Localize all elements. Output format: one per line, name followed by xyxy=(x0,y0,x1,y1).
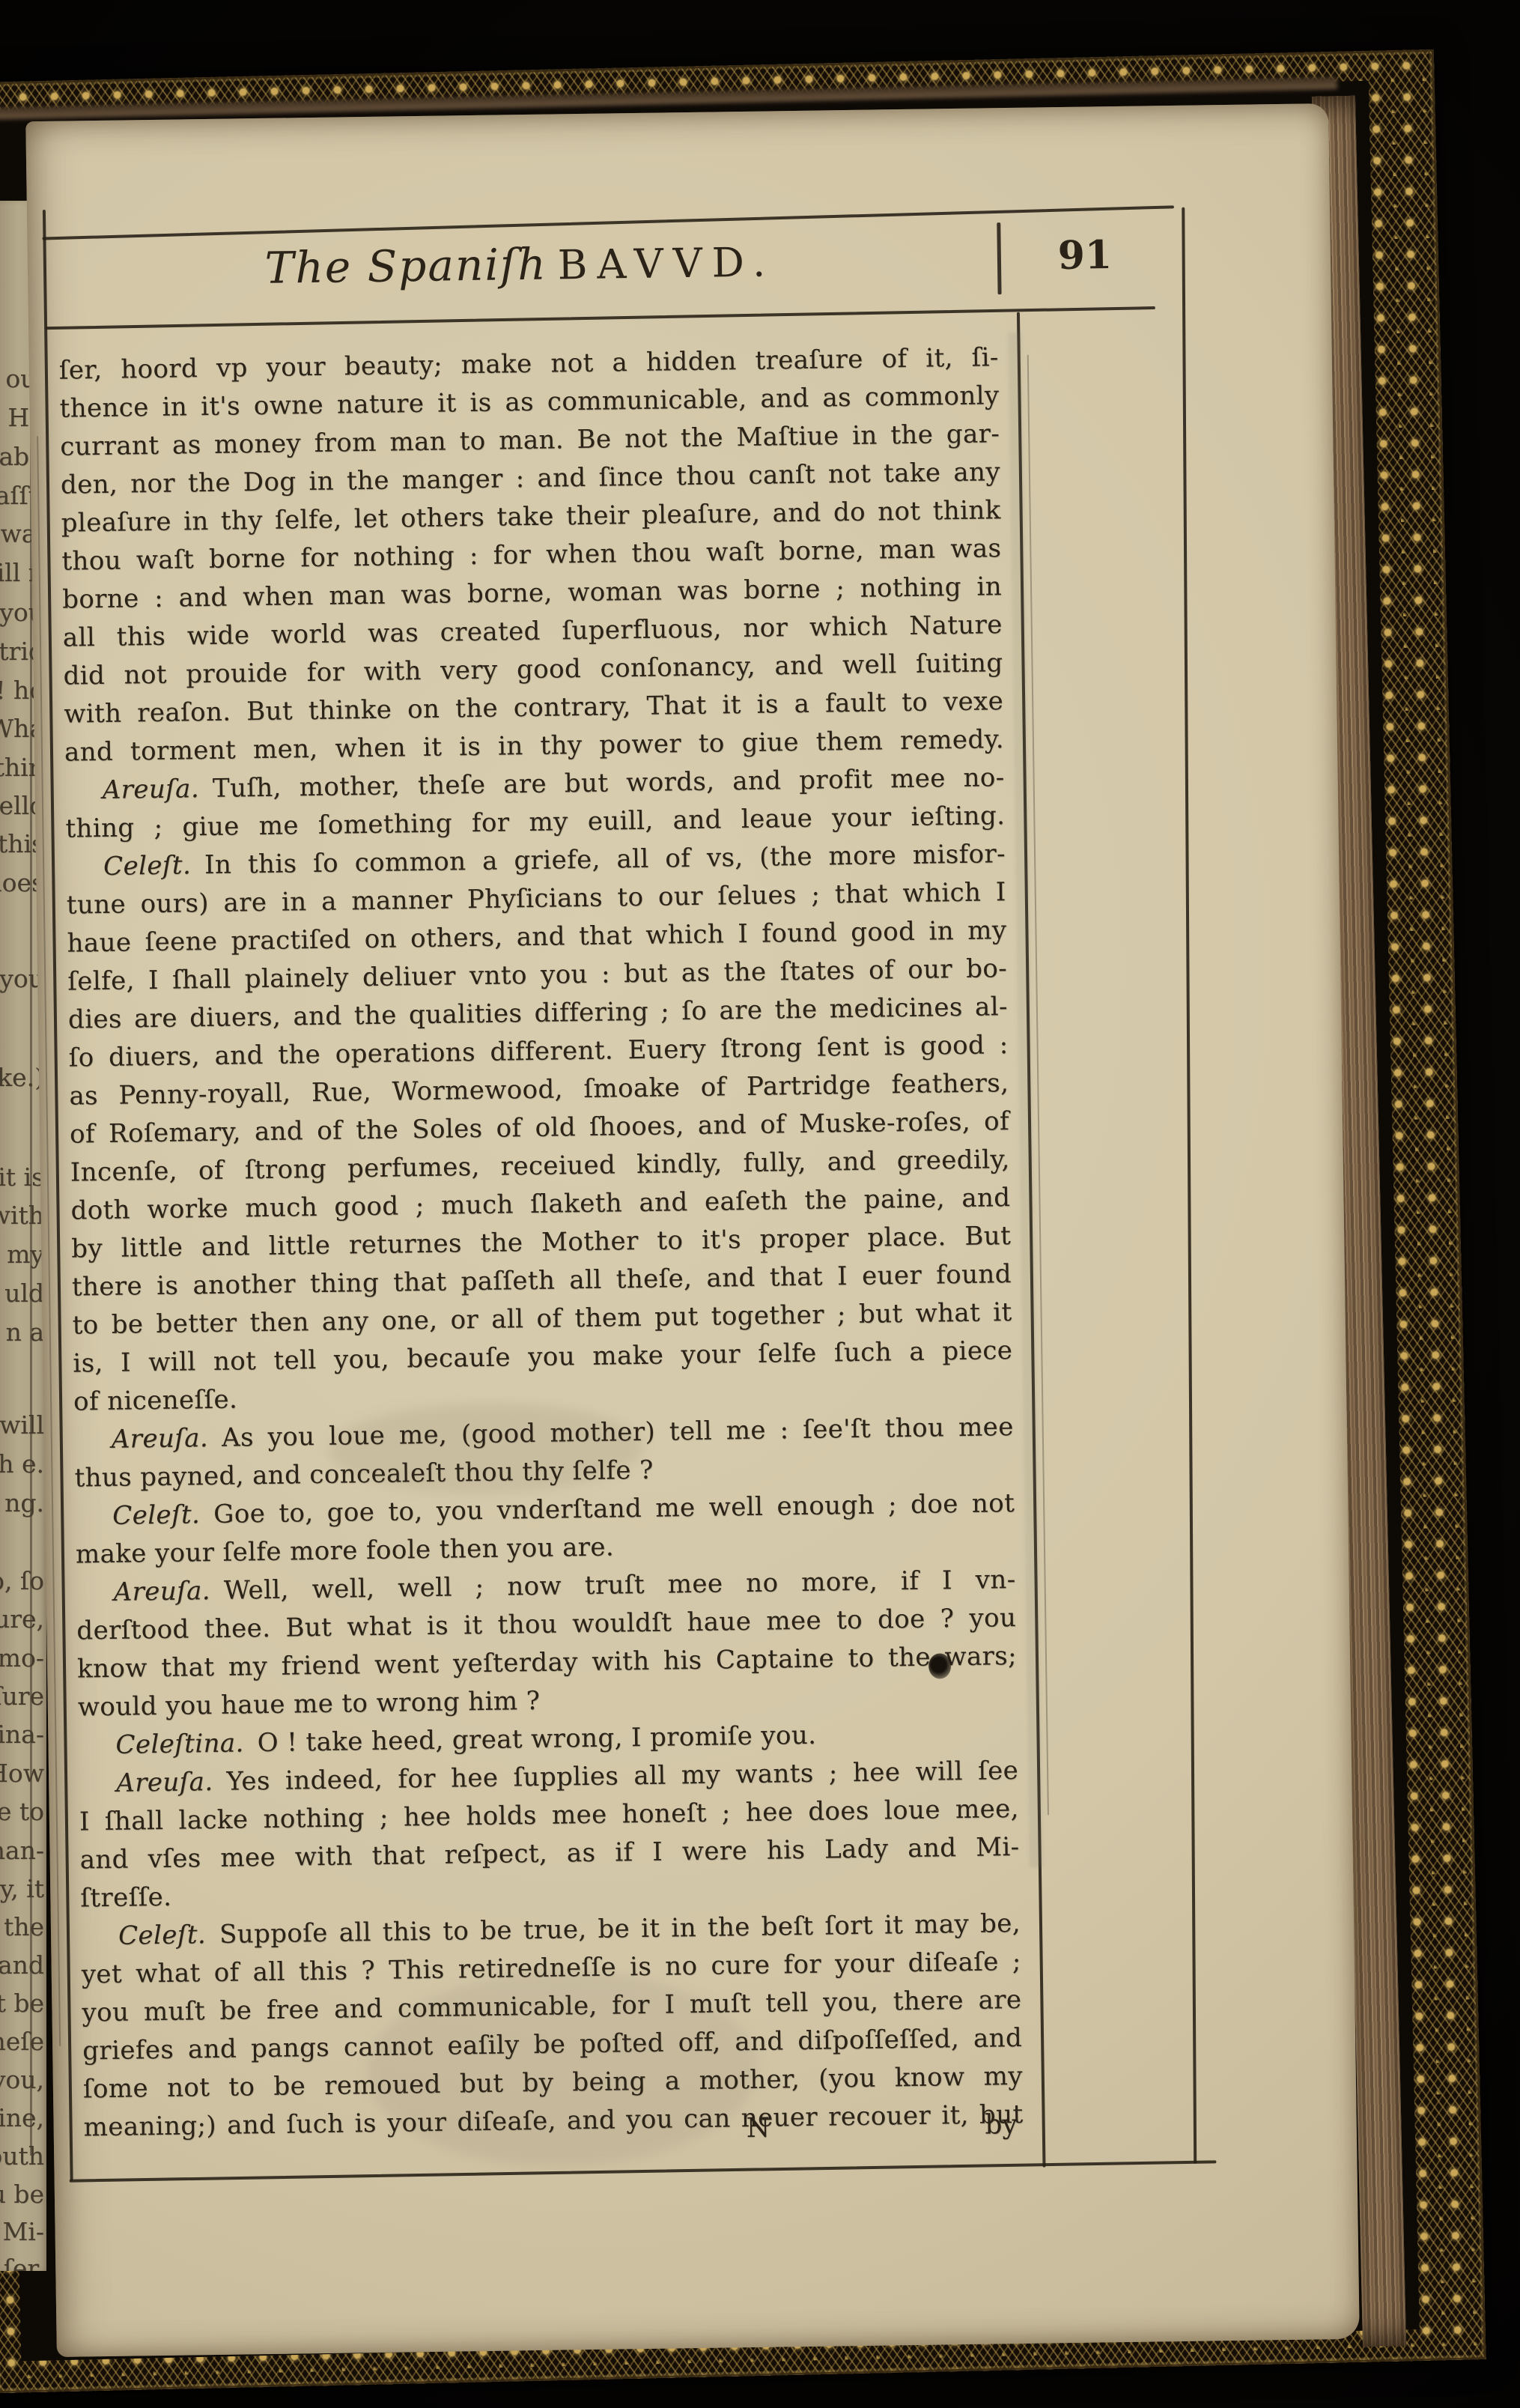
speaker-name: Celeſt. xyxy=(118,1920,220,1951)
adjacent-page-text-fragment: lare to xyxy=(0,1798,44,1826)
photo-backdrop: oulHoaboaſſulwaiill nyoutrid! hoWhathinv… xyxy=(0,0,1520,2408)
adjacent-page-text-fragment: How xyxy=(0,1759,44,1788)
adjacent-page-text-fragment: my xyxy=(7,1240,44,1269)
adjacent-page-text-fragment: oman- xyxy=(0,1837,44,1865)
running-title-italic: The Spaniſh xyxy=(264,239,547,294)
adjacent-page-text-fragment: ng. xyxy=(4,1489,44,1517)
adjacent-page-text-fragment: uld xyxy=(4,1279,44,1308)
speaker-name: Celeſt. xyxy=(103,850,205,882)
catchword: by xyxy=(985,2109,1018,2141)
adjacent-page-text-fragment: ſay, it xyxy=(0,1875,44,1903)
frame-rule-bottom xyxy=(70,2160,1217,2182)
adjacent-page-text-fragment: it is xyxy=(0,1163,44,1192)
adjacent-page-text-fragment: t and xyxy=(0,1951,44,1980)
running-title-caps: BAVVD. xyxy=(557,238,775,288)
adjacent-page-text-fragment: a Mi- xyxy=(0,2218,44,2246)
adjacent-page-text-fragment: ou be xyxy=(0,2180,44,2209)
speaker-name: Areuſa. xyxy=(112,1423,222,1455)
adjacent-page-text-fragment: youth xyxy=(0,2142,44,2171)
ink-blot xyxy=(928,1653,951,1678)
frame-rule-below-header xyxy=(46,306,1155,330)
signature-letter: N xyxy=(746,2113,770,2144)
adjacent-page-text-fragment: with xyxy=(0,1201,44,1230)
adjacent-page-text-fragment: vaine, xyxy=(0,2104,44,2132)
adjacent-page-text-fragment: rdina- xyxy=(0,1720,44,1749)
book-page: The SpaniſhBAVVD. 91 ſer, hoord vp your … xyxy=(25,103,1360,2357)
frame-rule-outer-right xyxy=(1182,207,1197,2164)
page-number: 91 xyxy=(1039,232,1130,279)
adjacent-page-text-fragment: hich e. xyxy=(0,1450,44,1479)
adjacent-page-text-fragment: ſer, xyxy=(4,2254,44,2271)
adjacent-page-text-fragment: cke.) xyxy=(0,1064,44,1092)
running-title: The SpaniſhBAVVD. xyxy=(43,232,998,297)
adjacent-page-text-fragment: ump, ſo xyxy=(0,1567,44,1595)
adjacent-page-text-fragment: theſe xyxy=(0,2028,44,2056)
speaker-name: Areuſa. xyxy=(116,1767,227,1798)
adjacent-page-text-fragment: nd the xyxy=(0,1913,44,1941)
speaker-name: Areuſa. xyxy=(113,1576,224,1607)
adjacent-page-text-fragment: ed mo- xyxy=(0,1644,44,1672)
adjacent-page-text-fragment: you, xyxy=(0,2066,44,2094)
adjacent-page-text-fragment: oſure xyxy=(0,1682,44,1711)
text-block: ſer, hoord vp your beauty; make not a hi… xyxy=(59,339,1024,2147)
speaker-name: Celeſtina. xyxy=(115,1728,258,1760)
speaker-name: Celeſt. xyxy=(112,1499,214,1531)
speaker-name: Areuſa. xyxy=(102,774,213,805)
adjacent-page-text-fragment: I will xyxy=(0,1411,44,1440)
adjacent-page-text-fragment: f it be xyxy=(0,1989,44,2018)
adjacent-page-text-fragment: n a xyxy=(6,1318,44,1347)
adjacent-page-text-fragment: eature, xyxy=(0,1605,44,1634)
frame-rule-top xyxy=(42,205,1174,240)
frame-rule-header-divider xyxy=(997,222,1001,294)
